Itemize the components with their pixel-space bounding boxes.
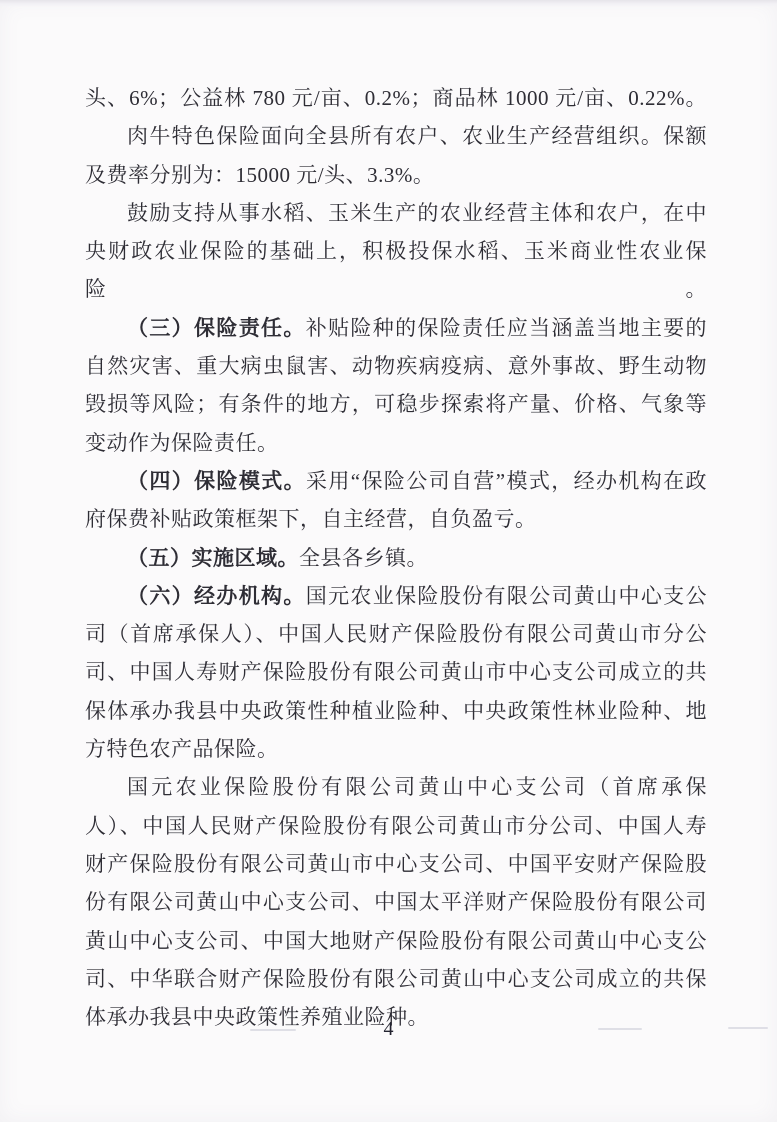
text-line: （四）保险模式。采用“保险公司自营”模式，经办机构在政 bbox=[85, 462, 707, 500]
body-text: 央财政农业保险的基础上，积极投保水稻、玉米商业性农业保险。 bbox=[85, 239, 707, 301]
text-line: 份有限公司黄山中心支公司、中国太平洋财产保险股份有限公司 bbox=[85, 883, 707, 921]
body-text: 头、6%；公益林 780 元/亩、0.2%；商品林 1000 元/亩、0.22%… bbox=[85, 86, 707, 110]
text-line: 方特色农产品保险。 bbox=[85, 730, 707, 768]
text-line: （五）实施区域。全县各乡镇。 bbox=[85, 539, 707, 577]
page-number: 4 bbox=[0, 1018, 777, 1041]
body-text: 补贴险种的保险责任应当涵盖当地主要的 bbox=[306, 316, 707, 340]
body-text: 保体承办我县中央政策性种植业险种、中央政策性林业险种、地 bbox=[85, 699, 707, 723]
text-line: 司、中华联合财产保险股份有限公司黄山中心支公司成立的共保 bbox=[85, 960, 707, 998]
body-text: 司、中华联合财产保险股份有限公司黄山中心支公司成立的共保 bbox=[85, 967, 707, 991]
body-text: 变动作为保险责任。 bbox=[85, 431, 279, 455]
body-text: 财产保险股份有限公司黄山市中心支公司、中国平安财产保险股 bbox=[85, 852, 707, 876]
body-text: 司（首席承保人）、中国人民财产保险股份有限公司黄山市分公 bbox=[85, 622, 707, 646]
scanned-document-page: 头、6%；公益林 780 元/亩、0.2%；商品林 1000 元/亩、0.22%… bbox=[0, 0, 777, 1122]
text-line: 头、6%；公益林 780 元/亩、0.2%；商品林 1000 元/亩、0.22%… bbox=[85, 79, 707, 117]
scan-edge-shadow bbox=[0, 0, 777, 7]
text-line: 自然灾害、重大病虫鼠害、动物疾病疫病、意外事故、野生动物 bbox=[85, 347, 707, 385]
text-line: 人）、中国人民财产保险股份有限公司黄山市分公司、中国人寿 bbox=[85, 807, 707, 845]
text-line: 国元农业保险股份有限公司黄山中心支公司（首席承保 bbox=[85, 768, 707, 806]
text-line: 肉牛特色保险面向全县所有农户、农业生产经营组织。保额 bbox=[85, 117, 707, 155]
text-line: （三）保险责任。补贴险种的保险责任应当涵盖当地主要的 bbox=[85, 309, 707, 347]
body-text: 自然灾害、重大病虫鼠害、动物疾病疫病、意外事故、野生动物 bbox=[85, 354, 707, 378]
body-text: 府保费补贴政策框架下，自主经营，自负盈亏。 bbox=[85, 507, 537, 531]
body-text: 国元农业保险股份有限公司黄山中心支公司（首席承保 bbox=[127, 775, 707, 799]
document-body: 头、6%；公益林 780 元/亩、0.2%；商品林 1000 元/亩、0.22%… bbox=[85, 79, 707, 1036]
text-line: 毁损等风险；有条件的地方，可稳步探索将产量、价格、气象等 bbox=[85, 385, 707, 423]
body-text: 方特色农产品保险。 bbox=[85, 737, 279, 761]
body-text: 采用“保险公司自营”模式，经办机构在政 bbox=[306, 469, 707, 493]
body-text: 司、中国人寿财产保险股份有限公司黄山市中心支公司成立的共 bbox=[85, 660, 707, 684]
text-line: 府保费补贴政策框架下，自主经营，自负盈亏。 bbox=[85, 500, 707, 538]
body-text: 毁损等风险；有条件的地方，可稳步探索将产量、价格、气象等 bbox=[85, 392, 707, 416]
text-line: 及费率分别为：15000 元/头、3.3%。 bbox=[85, 156, 707, 194]
body-text: 肉牛特色保险面向全县所有农户、农业生产经营组织。保额 bbox=[127, 124, 707, 148]
text-line: 保体承办我县中央政策性种植业险种、中央政策性林业险种、地 bbox=[85, 692, 707, 730]
text-line: 变动作为保险责任。 bbox=[85, 424, 707, 462]
section-heading-text: （五）实施区域。 bbox=[127, 546, 299, 570]
body-text: 国元农业保险股份有限公司黄山中心支公 bbox=[306, 584, 707, 608]
body-text: 全县各乡镇。 bbox=[299, 546, 428, 570]
body-text: 鼓励支持从事水稻、玉米生产的农业经营主体和农户，在中 bbox=[127, 201, 707, 225]
text-line: 黄山中心支公司、中国大地财产保险股份有限公司黄山中心支公 bbox=[85, 922, 707, 960]
text-line: 鼓励支持从事水稻、玉米生产的农业经营主体和农户，在中 bbox=[85, 194, 707, 232]
section-heading-text: （四）保险模式。 bbox=[127, 469, 306, 493]
body-text: 人）、中国人民财产保险股份有限公司黄山市分公司、中国人寿 bbox=[85, 814, 707, 838]
body-text: 及费率分别为：15000 元/头、3.3%。 bbox=[85, 163, 434, 187]
section-heading-text: （三）保险责任。 bbox=[127, 316, 306, 340]
text-line: 司（首席承保人）、中国人民财产保险股份有限公司黄山市分公 bbox=[85, 615, 707, 653]
body-text: 份有限公司黄山中心支公司、中国太平洋财产保险股份有限公司 bbox=[85, 890, 707, 914]
text-line: （六）经办机构。国元农业保险股份有限公司黄山中心支公 bbox=[85, 577, 707, 615]
body-text: 黄山中心支公司、中国大地财产保险股份有限公司黄山中心支公 bbox=[85, 929, 707, 953]
section-heading-text: （六）经办机构。 bbox=[127, 584, 306, 608]
text-line: 央财政农业保险的基础上，积极投保水稻、玉米商业性农业保险。 bbox=[85, 232, 707, 309]
text-line: 财产保险股份有限公司黄山市中心支公司、中国平安财产保险股 bbox=[85, 845, 707, 883]
text-line: 司、中国人寿财产保险股份有限公司黄山市中心支公司成立的共 bbox=[85, 653, 707, 691]
